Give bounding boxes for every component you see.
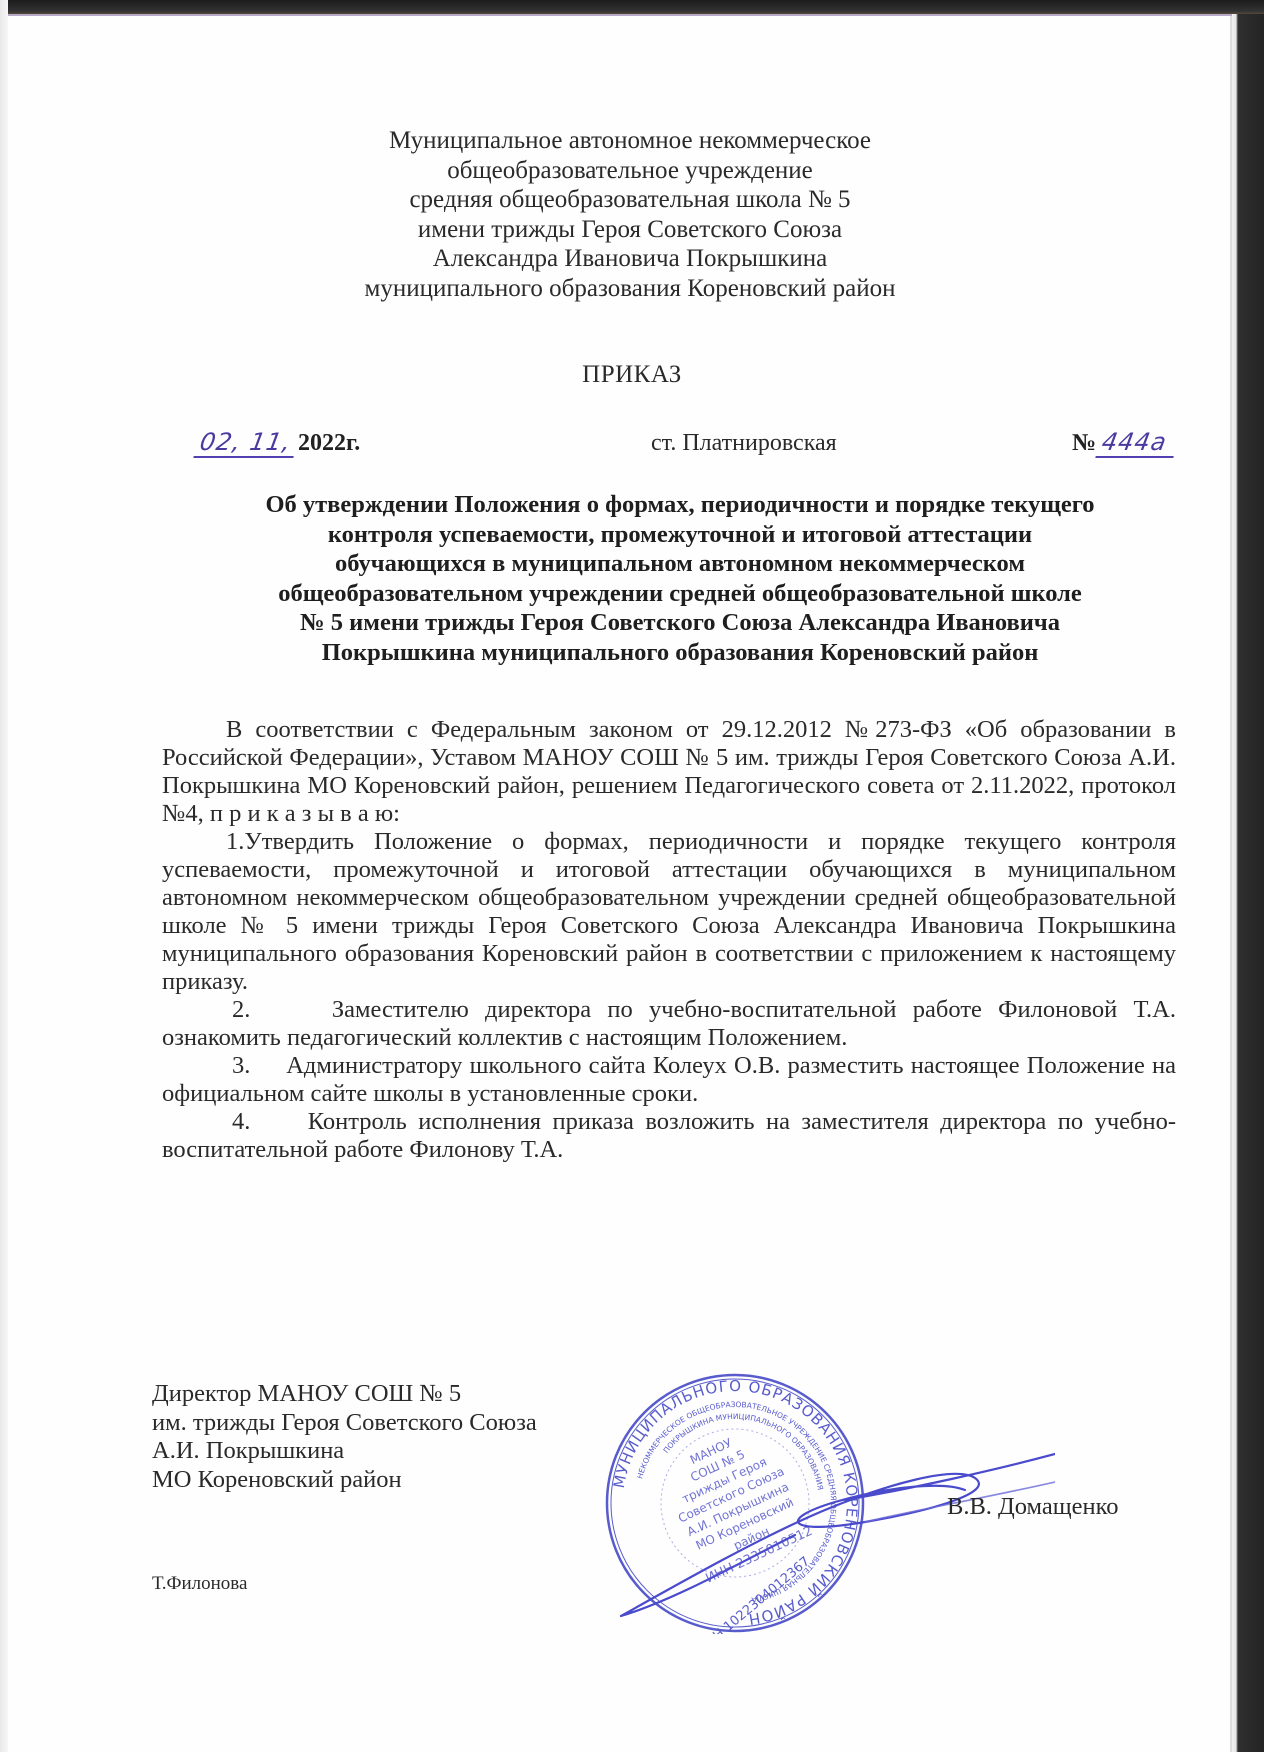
order-item-4: 4. Контроль исполнения приказа возложить… [162, 1108, 1176, 1164]
date-year: 2022г. [298, 430, 360, 456]
order-place: ст. Платнировская [651, 430, 837, 457]
header-line: средняя общеобразовательная школа № 5 [330, 185, 930, 215]
institution-header: Муниципальное автономное некоммерческое … [330, 126, 930, 303]
handwritten-order-number: 444а [1095, 428, 1178, 458]
position-line: МО Кореновский район [152, 1466, 537, 1495]
handwritten-date: 02, 11, [193, 428, 298, 458]
header-line: имени трижды Героя Советского Союза [330, 215, 930, 245]
title-line: обучающихся в муниципальном автономном н… [160, 549, 1200, 579]
number-sign: № [1072, 430, 1096, 456]
header-line: общеобразовательное учреждение [330, 156, 930, 186]
title-line: № 5 имени трижды Героя Советского Союза … [160, 608, 1200, 638]
order-body: В соответствии с Федеральным законом от … [162, 716, 1176, 1164]
title-line: Об утверждении Положения о формах, перио… [160, 490, 1200, 520]
preamble-paragraph: В соответствии с Федеральным законом от … [162, 716, 1176, 828]
order-item-1: 1.Утвердить Положение о формах, периодич… [162, 828, 1176, 996]
director-position: Директор МАНОУ СОШ № 5 им. трижды Героя … [152, 1380, 537, 1494]
position-line: А.И. Покрышкина [152, 1437, 537, 1466]
director-name: В.В. Домащенко [947, 1493, 1119, 1521]
title-line: Покрышкина муниципального образования Ко… [160, 638, 1200, 668]
order-date: 02, 11,2022г. [196, 428, 360, 458]
order-word: п р и к а з ы в а ю: [210, 800, 400, 827]
executor-name: Т.Филонова [152, 1573, 247, 1595]
scan-left-edge [0, 0, 8, 1752]
header-line: муниципального образования Кореновский р… [330, 274, 930, 304]
document-type: ПРИКАЗ [0, 361, 1264, 389]
position-line: Директор МАНОУ СОШ № 5 [152, 1380, 537, 1409]
order-title: Об утверждении Положения о формах, перио… [160, 490, 1200, 667]
order-item-3: 3. Администратору школьного сайта Колеух… [162, 1052, 1176, 1108]
title-line: общеобразовательном учреждении средней о… [160, 579, 1200, 609]
director-signature-icon [615, 1440, 1055, 1660]
order-number: №444а [1072, 428, 1176, 458]
order-meta-row: 02, 11,2022г. ст. Платнировская №444а [0, 428, 1264, 468]
header-line: Муниципальное автономное некоммерческое [330, 126, 930, 156]
scan-right-edge [1232, 14, 1264, 1752]
order-item-2: 2. Заместителю директора по учебно-воспи… [162, 996, 1176, 1052]
header-line: Александра Ивановича Покрышкина [330, 244, 930, 274]
title-line: контроля успеваемости, промежуточной и и… [160, 520, 1200, 550]
position-line: им. трижды Героя Советского Союза [152, 1409, 537, 1438]
